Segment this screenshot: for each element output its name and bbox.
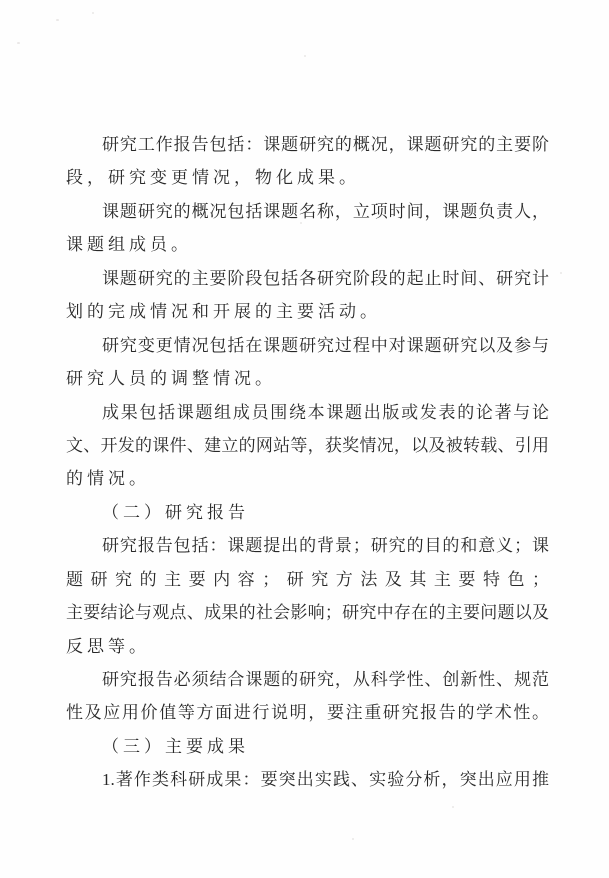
text-line: 题研究的主要内容；研究方法及其主要特色；研究的突破性进展、: [66, 563, 549, 596]
text-line: 研究报告必须结合课题的研究，从科学性、创新性、规范: [66, 663, 549, 696]
scan-speck: [304, 55, 306, 57]
scanned-document-page: 研究工作报告包括：课题研究的概况，课题研究的主要阶段，研究变更情况，物化成果。课…: [0, 0, 609, 878]
scan-speck: [92, 12, 94, 14]
text-line: 主要结论与观点、成果的社会影响；研究中存在的主要问题以及: [66, 596, 549, 629]
text-line: 性及应用价值等方面进行说明，要注重研究报告的学术性。: [66, 696, 549, 729]
text-line: 的情况。: [66, 462, 549, 495]
scan-speck: [56, 19, 59, 21]
text-line: 段，研究变更情况，物化成果。: [66, 161, 549, 194]
scan-speck: [352, 838, 354, 840]
scan-speck: [17, 42, 20, 44]
text-line: 课题组成员。: [66, 228, 549, 261]
text-line: 课题研究的主要阶段包括各研究阶段的起止时间、研究计: [66, 262, 549, 295]
text-line: 研究变更情况包括在课题研究过程中对课题研究以及参与: [66, 329, 549, 362]
screenshot-root: { "page": { "type": "scanned-document", …: [0, 0, 609, 878]
text-line: （二）研究报告: [66, 496, 549, 529]
text-line: （三）主要成果: [66, 730, 549, 763]
text-line: 研究人员的调整情况。: [66, 362, 549, 395]
text-line: 成果包括课题组成员围绕本课题出版或发表的论著与论: [66, 396, 549, 429]
text-line: 课题研究的概况包括课题名称，立项时间，课题负责人，: [66, 195, 549, 228]
text-line: 1.著作类科研成果：要突出实践、实验分析，突出应用推: [66, 763, 549, 796]
text-line: 研究报告包括：课题提出的背景；研究的目的和意义；课: [66, 529, 549, 562]
scan-speck: [560, 272, 562, 274]
document-body: 研究工作报告包括：课题研究的概况，课题研究的主要阶段，研究变更情况，物化成果。课…: [66, 128, 549, 797]
text-line: 反思等。: [66, 630, 549, 663]
text-line: 文、开发的课件、建立的网站等，获奖情况，以及被转载、引用: [66, 429, 549, 462]
text-line: 划的完成情况和开展的主要活动。: [66, 295, 549, 328]
scan-speck: [452, 806, 454, 808]
text-line: 研究工作报告包括：课题研究的概况，课题研究的主要阶: [66, 128, 549, 161]
